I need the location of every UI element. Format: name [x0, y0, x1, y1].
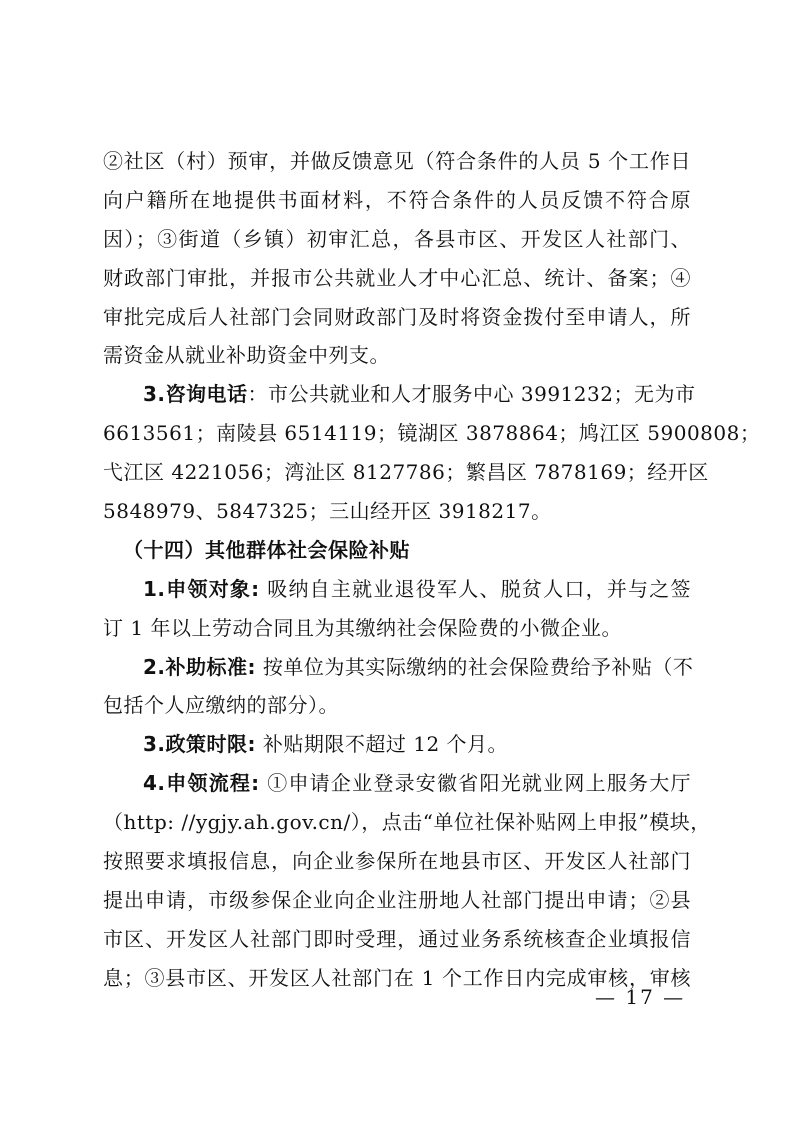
- item-applicant: 1.申领对象: 吸纳自主就业退役军人、脱贫人口，并与之签: [103, 570, 691, 609]
- item-label: 4.申领流程:: [143, 771, 260, 795]
- body-line: 包括个人应缴纳的部分）。: [103, 686, 691, 725]
- body-line: 市区、开发区人社部门即时受理，通过业务系统核查企业填报信: [103, 920, 691, 959]
- document-page: ②社区（村）预审，并做反馈意见（符合条件的人员 5 个工作日 向户籍所在地提供书…: [103, 142, 691, 998]
- body-line: （http: //ygjy.ah.gov.cn/），点击“单位社保补贴网上申报”…: [103, 803, 691, 842]
- body-line: 订 1 年以上劳动合同且为其缴纳社会保险费的小微企业。: [103, 609, 691, 648]
- body-line: 审批完成后人社部门会同财政部门及时将资金拨付至申请人，所: [103, 298, 691, 337]
- consult-phone-label: 3.咨询电话: [143, 382, 248, 406]
- consult-phone-paragraph: 3.咨询电话：市公共就业和人才服务中心 3991232；无为市: [103, 375, 691, 414]
- body-line: 弋江区 4221056；湾沚区 8127786；繁昌区 7878169；经开区: [103, 453, 691, 492]
- body-line: 6613561；南陵县 6514119；镜湖区 3878864；鸠江区 5900…: [103, 414, 691, 453]
- item-time-limit: 3.政策时限: 补贴期限不超过 12 个月。: [103, 725, 691, 764]
- body-line: ②社区（村）预审，并做反馈意见（符合条件的人员 5 个工作日: [103, 142, 691, 181]
- item-label: 1.申领对象:: [143, 577, 260, 601]
- item-process: 4.申领流程: ①申请企业登录安徽省阳光就业网上服务大厅: [103, 764, 691, 803]
- body-line: 按照要求填报信息，向企业参保所在地县市区、开发区人社部门: [103, 842, 691, 881]
- body-line: 向户籍所在地提供书面材料，不符合条件的人员反馈不符合原: [103, 181, 691, 220]
- item-standard: 2.补助标准: 按单位为其实际缴纳的社会保险费给予补贴（不: [103, 648, 691, 687]
- item-label: 3.政策时限:: [143, 732, 256, 756]
- page-number: — 17 —: [595, 985, 685, 1009]
- item-label: 2.补助标准:: [143, 655, 256, 679]
- section-heading: （十四）其他群体社会保险补贴: [103, 531, 691, 570]
- body-line: 因）；③街道（乡镇）初审汇总，各县市区、开发区人社部门、: [103, 220, 691, 259]
- body-line: 财政部门审批，并报市公共就业人才中心汇总、统计、备案；④: [103, 259, 691, 298]
- body-line: 5848979、5847325；三山经开区 3918217。: [103, 492, 691, 531]
- body-line: 提出申请，市级参保企业向企业注册地人社部门提出申请；②县: [103, 881, 691, 920]
- body-line: 需资金从就业补助资金中列支。: [103, 336, 691, 375]
